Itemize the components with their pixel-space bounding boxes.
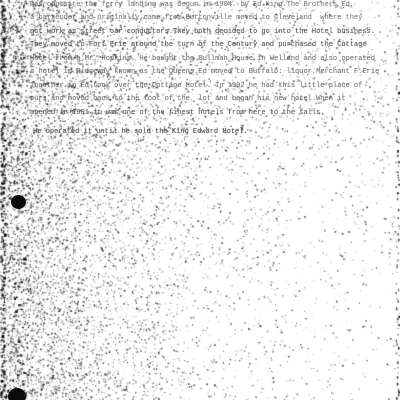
hole-punch-bottom (8, 388, 26, 400)
text-line: They moved to Fort Erie around the turn … (30, 41, 398, 54)
text-line: a bartender and originally came from Bur… (30, 14, 398, 27)
hole-punch-top (11, 195, 26, 209)
typewritten-text-block: was opposite the ferry landing was begun… (30, 1, 398, 141)
text-line: a hotel in Ridgeway known as the Queens.… (30, 68, 398, 81)
text-line: was opposite the ferry landing was begun… (30, 1, 398, 14)
text-line: opened in 1901 it was one of the finest … (30, 109, 398, 122)
text-line: Hotel from a Mr. Hopkins. He bought the … (30, 55, 398, 68)
scanned-document-page: was opposite the ferry landing was begun… (0, 0, 400, 400)
text-line: got work as street car conductors.They b… (30, 28, 398, 41)
text-line: ours and moved back to the foot of the l… (30, 95, 398, 108)
page-edge-left (0, 0, 6, 400)
text-line: Together in Ed took over the Cottage Hot… (30, 82, 398, 95)
text-line: He operated it until he sold the King Ed… (33, 128, 398, 141)
